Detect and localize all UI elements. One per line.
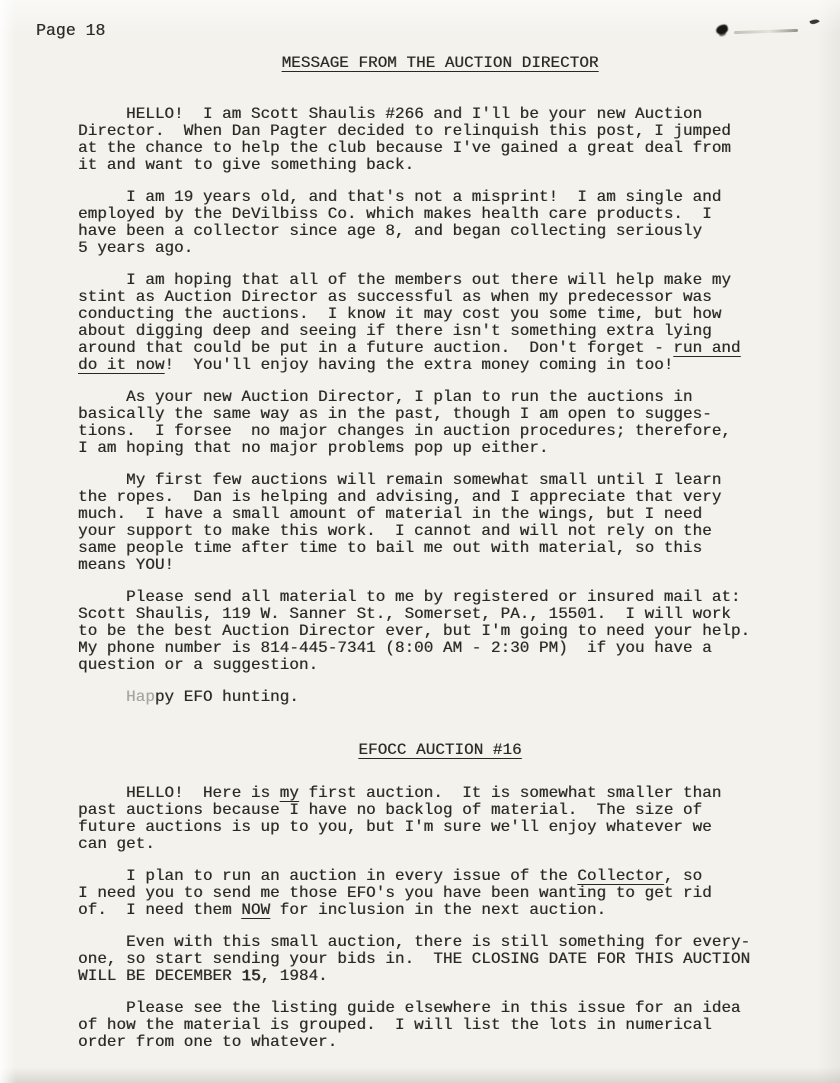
- underlined-phrase-do-it-now: do it now: [78, 356, 164, 374]
- text-segment: HELLO! Here is: [78, 784, 280, 802]
- underlined-phrase-my: my: [280, 784, 299, 802]
- faded-text-segment: Hap: [126, 688, 155, 706]
- page-number: Page 18: [36, 22, 105, 39]
- para-intro: HELLO! I am Scott Shaulis #266 and I'll …: [78, 106, 802, 174]
- text-segment: ! You'll enjoy having the extra money co…: [164, 356, 673, 374]
- indent-segment: [78, 688, 126, 706]
- para-first-auction: HELLO! Here is my first auction. It is s…: [78, 785, 802, 853]
- document-page: Page 18 MESSAGE FROM THE AUCTION DIRECTO…: [0, 0, 840, 1083]
- underlined-phrase-collector: Collector: [577, 867, 663, 885]
- para-closing-date: Even with this small auction, there is s…: [78, 934, 802, 985]
- para-every-issue: I plan to run an auction in every issue …: [78, 868, 802, 919]
- heading-text: EFOCC AUCTION #16: [358, 741, 521, 759]
- heading-text: MESSAGE FROM THE AUCTION DIRECTOR: [282, 54, 599, 72]
- text-segment: I am hoping that all of the members out …: [78, 271, 731, 357]
- para-happy-hunting: Happy EFO hunting.: [78, 689, 802, 706]
- ink-smudge-dot: [715, 24, 729, 36]
- para-listing-guide: Please see the listing guide elsewhere i…: [78, 1000, 802, 1051]
- ink-smudge-dash: [734, 29, 798, 34]
- text-segment: I plan to run an auction in every issue …: [78, 867, 577, 885]
- ink-smudge-tick: [809, 17, 819, 26]
- text-segment: for inclusion in the next auction.: [270, 901, 606, 919]
- para-dig-deep: I am hoping that all of the members out …: [78, 272, 802, 374]
- text-segment: py EFO hunting.: [155, 688, 299, 706]
- document-body: MESSAGE FROM THE AUCTION DIRECTOR HELLO!…: [78, 55, 802, 1066]
- underlined-phrase-now: NOW: [241, 901, 270, 919]
- text-segment: , 1984.: [260, 967, 327, 985]
- para-first-auctions: My first few auctions will remain somewh…: [78, 472, 802, 574]
- para-auction-plans: As your new Auction Director, I plan to …: [78, 389, 802, 457]
- heading-efocc-auction-16: EFOCC AUCTION #16: [78, 742, 802, 759]
- para-about-me: I am 19 years old, and that's not a misp…: [78, 189, 802, 257]
- para-send-material: Please send all material to me by regist…: [78, 589, 802, 674]
- underlined-phrase-run-and: run and: [673, 339, 740, 357]
- text-segment: Even with this small auction, there is s…: [78, 933, 750, 985]
- heading-message-from-auction-director: MESSAGE FROM THE AUCTION DIRECTOR: [78, 55, 802, 72]
- overstruck-date-segment: 15: [241, 967, 260, 985]
